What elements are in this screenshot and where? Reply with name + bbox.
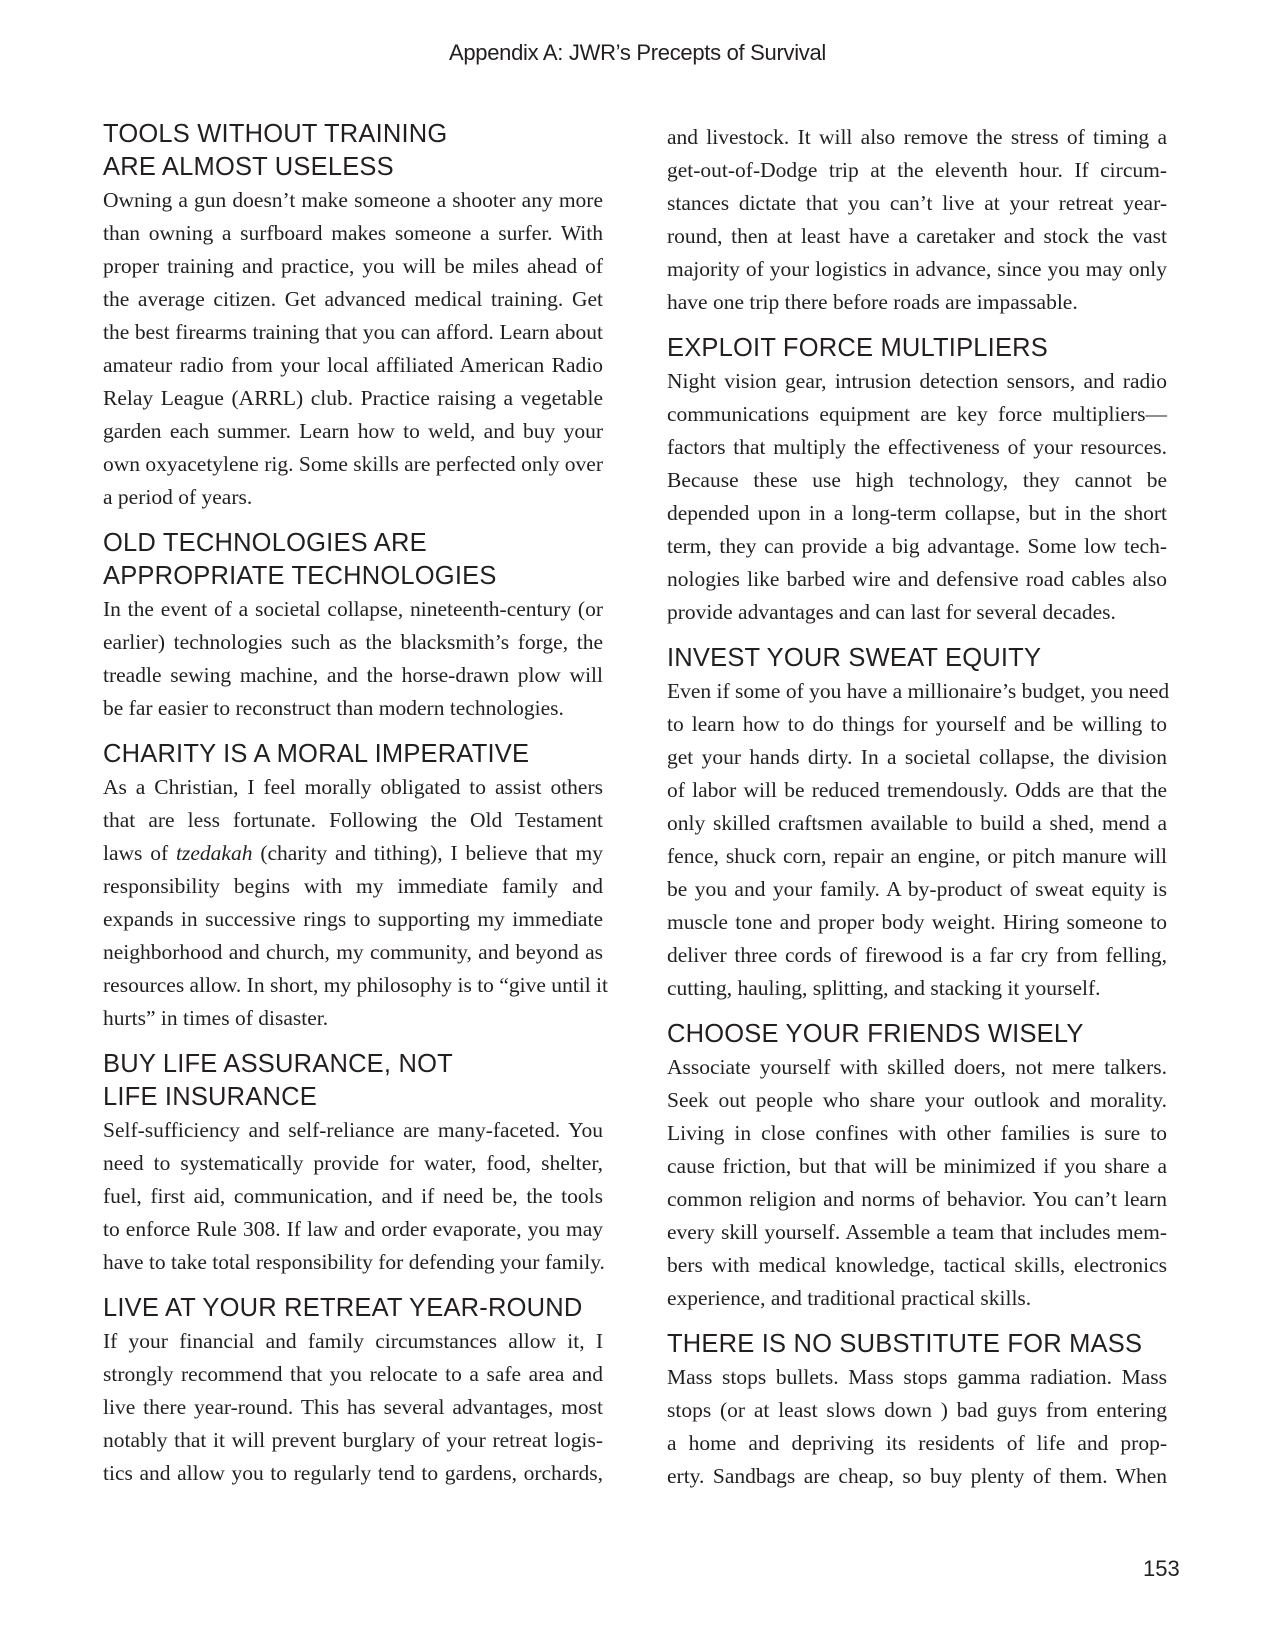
body-line: responsibility begins with my immediate … xyxy=(103,870,603,903)
heading-line: TOOLS WITHOUT TRAINING xyxy=(103,118,603,151)
body-line: stops (or at least slows down ) bad guys… xyxy=(667,1394,1167,1427)
section-force-multipliers: EXPLOIT FORCE MULTIPLIERS Night vision g… xyxy=(667,332,1167,629)
section-body: Night vision gear, intrusion detection s… xyxy=(667,365,1167,629)
italic-term: tzedakah xyxy=(176,841,252,865)
body-line: communications equipment are key force m… xyxy=(667,398,1167,431)
section-life-assurance: BUY LIFE ASSURANCE, NOT LIFE INSURANCE S… xyxy=(103,1048,603,1279)
body-line: experience, and traditional practical sk… xyxy=(667,1282,1167,1315)
body-line: earlier) technologies such as the blacks… xyxy=(103,626,603,659)
body-line: neighborhood and church, my community, a… xyxy=(103,936,603,969)
body-line: treadle sewing machine, and the horse-dr… xyxy=(103,659,603,692)
section-heading: CHARITY IS A MORAL IMPERATIVE xyxy=(103,738,603,771)
running-head: Appendix A: JWR’s Precepts of Survival xyxy=(0,40,1275,66)
heading-line: LIFE INSURANCE xyxy=(103,1081,603,1114)
body-line: Relay League (ARRL) club. Practice raisi… xyxy=(103,382,603,415)
page-number: 153 xyxy=(1143,1556,1180,1582)
body-line: proper training and practice, you will b… xyxy=(103,250,603,283)
body-line: Seek out people who share your outlook a… xyxy=(667,1084,1167,1117)
body-line: expands in successive rings to supportin… xyxy=(103,903,603,936)
section-sweat-equity: INVEST YOUR SWEAT EQUITY Even if some of… xyxy=(667,642,1167,1005)
body-line: stances dictate that you can’t live at y… xyxy=(667,187,1167,220)
body-line: In the event of a societal collapse, nin… xyxy=(103,593,603,626)
right-column: and livestock. It will also remove the s… xyxy=(667,121,1167,1506)
section-heading: TOOLS WITHOUT TRAINING ARE ALMOST USELES… xyxy=(103,118,603,184)
body-line: Owning a gun doesn’t make someone a shoo… xyxy=(103,184,603,217)
heading-line: LIVE AT YOUR RETREAT YEAR-ROUND xyxy=(103,1292,603,1325)
body-line: hurts” in times of disaster. xyxy=(103,1002,603,1035)
body-line: tics and allow you to regularly tend to … xyxy=(103,1457,603,1490)
body-line: factors that multiply the effectiveness … xyxy=(667,431,1167,464)
body-line: need to systematically provide for water… xyxy=(103,1147,603,1180)
body-line: As a Christian, I feel morally obligated… xyxy=(103,771,603,804)
body-line: of labor will be reduced tremendously. O… xyxy=(667,774,1167,807)
body-line: Mass stops bullets. Mass stops gamma rad… xyxy=(667,1361,1167,1394)
body-line: than owning a surfboard makes someone a … xyxy=(103,217,603,250)
left-column: TOOLS WITHOUT TRAINING ARE ALMOST USELES… xyxy=(103,118,603,1503)
section-heading: OLD TECHNOLOGIES ARE APPROPRIATE TECHNOL… xyxy=(103,527,603,593)
body-line: deliver three cords of firewood is a far… xyxy=(667,939,1167,972)
body-line: round, then at least have a caretaker an… xyxy=(667,220,1167,253)
body-line: resources allow. In short, my philosophy… xyxy=(103,969,603,1002)
section-body: As a Christian, I feel morally obligated… xyxy=(103,771,603,1035)
body-line: that are less fortunate. Following the O… xyxy=(103,804,603,837)
section-body: If your financial and family circumstanc… xyxy=(103,1325,603,1490)
body-line: common religion and norms of behavior. Y… xyxy=(667,1183,1167,1216)
body-line: own oxyacetylene rig. Some skills are pe… xyxy=(103,448,603,481)
body-line: Even if some of you have a millionaire’s… xyxy=(667,675,1167,708)
body-line: Self-sufficiency and self-reliance are m… xyxy=(103,1114,603,1147)
body-line: Living in close confines with other fami… xyxy=(667,1117,1167,1150)
body-line: a period of years. xyxy=(103,481,603,514)
body-line: be far easier to reconstruct than modern… xyxy=(103,692,603,725)
section-body: Mass stops bullets. Mass stops gamma rad… xyxy=(667,1361,1167,1493)
heading-line: INVEST YOUR SWEAT EQUITY xyxy=(667,642,1167,675)
heading-line: OLD TECHNOLOGIES ARE xyxy=(103,527,603,560)
section-tools-without-training: TOOLS WITHOUT TRAINING ARE ALMOST USELES… xyxy=(103,118,603,514)
body-line: get your hands dirty. In a societal coll… xyxy=(667,741,1167,774)
section-old-technologies: OLD TECHNOLOGIES ARE APPROPRIATE TECHNOL… xyxy=(103,527,603,725)
body-line: only skilled craftsmen available to buil… xyxy=(667,807,1167,840)
section-charity: CHARITY IS A MORAL IMPERATIVE As a Chris… xyxy=(103,738,603,1035)
section-body: Owning a gun doesn’t make someone a shoo… xyxy=(103,184,603,514)
section-heading: THERE IS NO SUBSTITUTE FOR MASS xyxy=(667,1328,1167,1361)
section-choose-friends: CHOOSE YOUR FRIENDS WISELY Associate you… xyxy=(667,1018,1167,1315)
body-line: to enforce Rule 308. If law and order ev… xyxy=(103,1213,603,1246)
body-line: bers with medical knowledge, tactical sk… xyxy=(667,1249,1167,1282)
body-line: If your financial and family circumstanc… xyxy=(103,1325,603,1358)
body-line: provide advantages and can last for seve… xyxy=(667,596,1167,629)
heading-line: CHARITY IS A MORAL IMPERATIVE xyxy=(103,738,603,771)
section-heading: EXPLOIT FORCE MULTIPLIERS xyxy=(667,332,1167,365)
body-line: fuel, first aid, communication, and if n… xyxy=(103,1180,603,1213)
section-heading: BUY LIFE ASSURANCE, NOT LIFE INSURANCE xyxy=(103,1048,603,1114)
section-body: In the event of a societal collapse, nin… xyxy=(103,593,603,725)
body-line: to learn how to do things for yourself a… xyxy=(667,708,1167,741)
heading-line: ARE ALMOST USELESS xyxy=(103,151,603,184)
body-line: every skill yourself. Assemble a team th… xyxy=(667,1216,1167,1249)
body-line: muscle tone and proper body weight. Hiri… xyxy=(667,906,1167,939)
body-line: a home and depriving its residents of li… xyxy=(667,1427,1167,1460)
body-line: garden each summer. Learn how to weld, a… xyxy=(103,415,603,448)
body-line: term, they can provide a big advantage. … xyxy=(667,530,1167,563)
body-line: nologies like barbed wire and defensive … xyxy=(667,563,1167,596)
body-line: the average citizen. Get advanced medica… xyxy=(103,283,603,316)
section-continuation: and livestock. It will also remove the s… xyxy=(667,121,1167,319)
body-line: cause friction, but that will be minimiz… xyxy=(667,1150,1167,1183)
text-run: (charity and tithing), I believe that my xyxy=(252,841,603,865)
body-line: strongly recommend that you relocate to … xyxy=(103,1358,603,1391)
body-line: cutting, hauling, splitting, and stackin… xyxy=(667,972,1167,1005)
section-heading: CHOOSE YOUR FRIENDS WISELY xyxy=(667,1018,1167,1051)
body-line: amateur radio from your local affiliated… xyxy=(103,349,603,382)
heading-line: CHOOSE YOUR FRIENDS WISELY xyxy=(667,1018,1167,1051)
section-heading: INVEST YOUR SWEAT EQUITY xyxy=(667,642,1167,675)
body-line: get-out-of-Dodge trip at the eleventh ho… xyxy=(667,154,1167,187)
body-line: Night vision gear, intrusion detection s… xyxy=(667,365,1167,398)
body-line: majority of your logistics in advance, s… xyxy=(667,253,1167,286)
section-live-at-retreat: LIVE AT YOUR RETREAT YEAR-ROUND If your … xyxy=(103,1292,603,1490)
body-line: Because these use high technology, they … xyxy=(667,464,1167,497)
body-line: erty. Sandbags are cheap, so buy plenty … xyxy=(667,1460,1167,1493)
body-line: be you and your family. A by-product of … xyxy=(667,873,1167,906)
section-body: Associate yourself with skilled doers, n… xyxy=(667,1051,1167,1315)
body-line: depended upon in a long-term collapse, b… xyxy=(667,497,1167,530)
section-body: and livestock. It will also remove the s… xyxy=(667,121,1167,319)
body-line: Associate yourself with skilled doers, n… xyxy=(667,1051,1167,1084)
text-run: laws of xyxy=(103,841,176,865)
heading-line: BUY LIFE ASSURANCE, NOT xyxy=(103,1048,603,1081)
body-line: live there year-round. This has several … xyxy=(103,1391,603,1424)
body-line: have to take total responsibility for de… xyxy=(103,1246,603,1279)
body-line: and livestock. It will also remove the s… xyxy=(667,121,1167,154)
section-body: Even if some of you have a millionaire’s… xyxy=(667,675,1167,1005)
section-body: Self-sufficiency and self-reliance are m… xyxy=(103,1114,603,1279)
section-heading: LIVE AT YOUR RETREAT YEAR-ROUND xyxy=(103,1292,603,1325)
heading-line: THERE IS NO SUBSTITUTE FOR MASS xyxy=(667,1328,1167,1361)
body-line: the best firearms training that you can … xyxy=(103,316,603,349)
body-line-with-italic: laws of tzedakah (charity and tithing), … xyxy=(103,837,603,870)
body-line: fence, shuck corn, repair an engine, or … xyxy=(667,840,1167,873)
body-line: have one trip there before roads are imp… xyxy=(667,286,1167,319)
body-line: notably that it will prevent burglary of… xyxy=(103,1424,603,1457)
section-no-substitute-for-mass: THERE IS NO SUBSTITUTE FOR MASS Mass sto… xyxy=(667,1328,1167,1493)
heading-line: APPROPRIATE TECHNOLOGIES xyxy=(103,560,603,593)
heading-line: EXPLOIT FORCE MULTIPLIERS xyxy=(667,332,1167,365)
